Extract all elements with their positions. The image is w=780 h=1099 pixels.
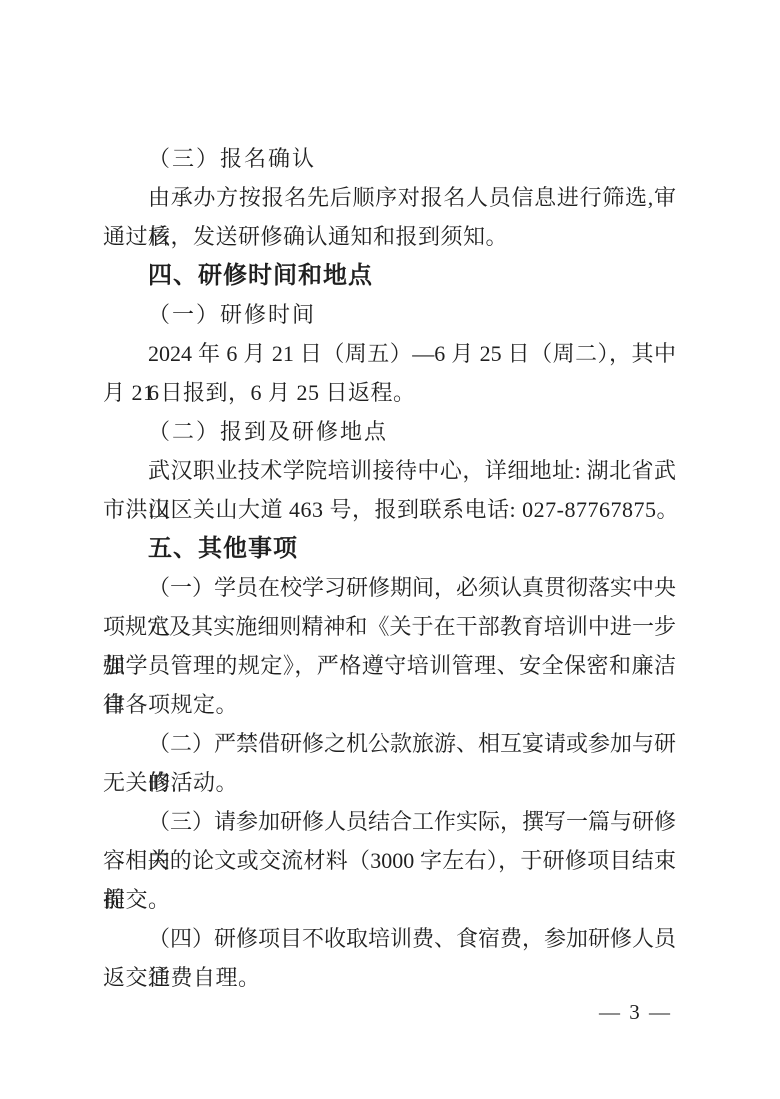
sub-heading: （一）研修时间 [103, 295, 676, 334]
body-text-line: （三）请参加研修人员结合工作实际，撰写一篇与研修内 [103, 802, 676, 841]
body-text-line: 武汉职业技术学院培训接待中心，详细地址: 湖北省武汉 [103, 451, 676, 490]
body-text-line: 月 21 日报到，6 月 25 日返程。 [103, 373, 676, 412]
body-text-line: 返交通费自理。 [103, 958, 676, 997]
body-text-line: 由承办方按报名先后顺序对报名人员信息进行筛选,审核 [103, 178, 676, 217]
body-text-line: （二）严禁借研修之机公款旅游、相互宴请或参加与研修 [103, 724, 676, 763]
sub-heading: （三）报名确认 [103, 139, 676, 178]
body-text-line: 容相关的论文或交流材料（3000 字左右），于研修项目结束前 [103, 841, 676, 880]
body-text-line: （四）研修项目不收取培训费、食宿费，参加研修人员往 [103, 919, 676, 958]
body-text-line: 通过后，发送研修确认通知和报到须知。 [103, 217, 676, 256]
body-text-line: 无关的活动。 [103, 763, 676, 802]
body-text-line: 项规定及其实施细则精神和《关于在干部教育培训中进一步加 [103, 607, 676, 646]
body-text-line: （一）学员在校学习研修期间，必须认真贯彻落实中央八 [103, 568, 676, 607]
section-heading: 四、研修时间和地点 [103, 256, 676, 295]
sub-heading: （二）报到及研修地点 [103, 412, 676, 451]
document-page: （三）报名确认由承办方按报名先后顺序对报名人员信息进行筛选,审核通过后，发送研修… [0, 0, 780, 1099]
body-text-line: 强学员管理的规定》，严格遵守培训管理、安全保密和廉洁自 [103, 646, 676, 685]
body-text-line: 2024 年 6 月 21 日（周五）—6 月 25 日（周二），其中 6 [103, 334, 676, 373]
document-body: （三）报名确认由承办方按报名先后顺序对报名人员信息进行筛选,审核通过后，发送研修… [103, 139, 676, 997]
section-heading: 五、其他事项 [103, 529, 676, 568]
body-text-line: 提交。 [103, 880, 676, 919]
body-text-line: 律各项规定。 [103, 685, 676, 724]
page-number: — 3 — [599, 1000, 672, 1024]
body-text-line: 市洪山区关山大道 463 号，报到联系电话: 027-87767875。 [103, 490, 676, 529]
